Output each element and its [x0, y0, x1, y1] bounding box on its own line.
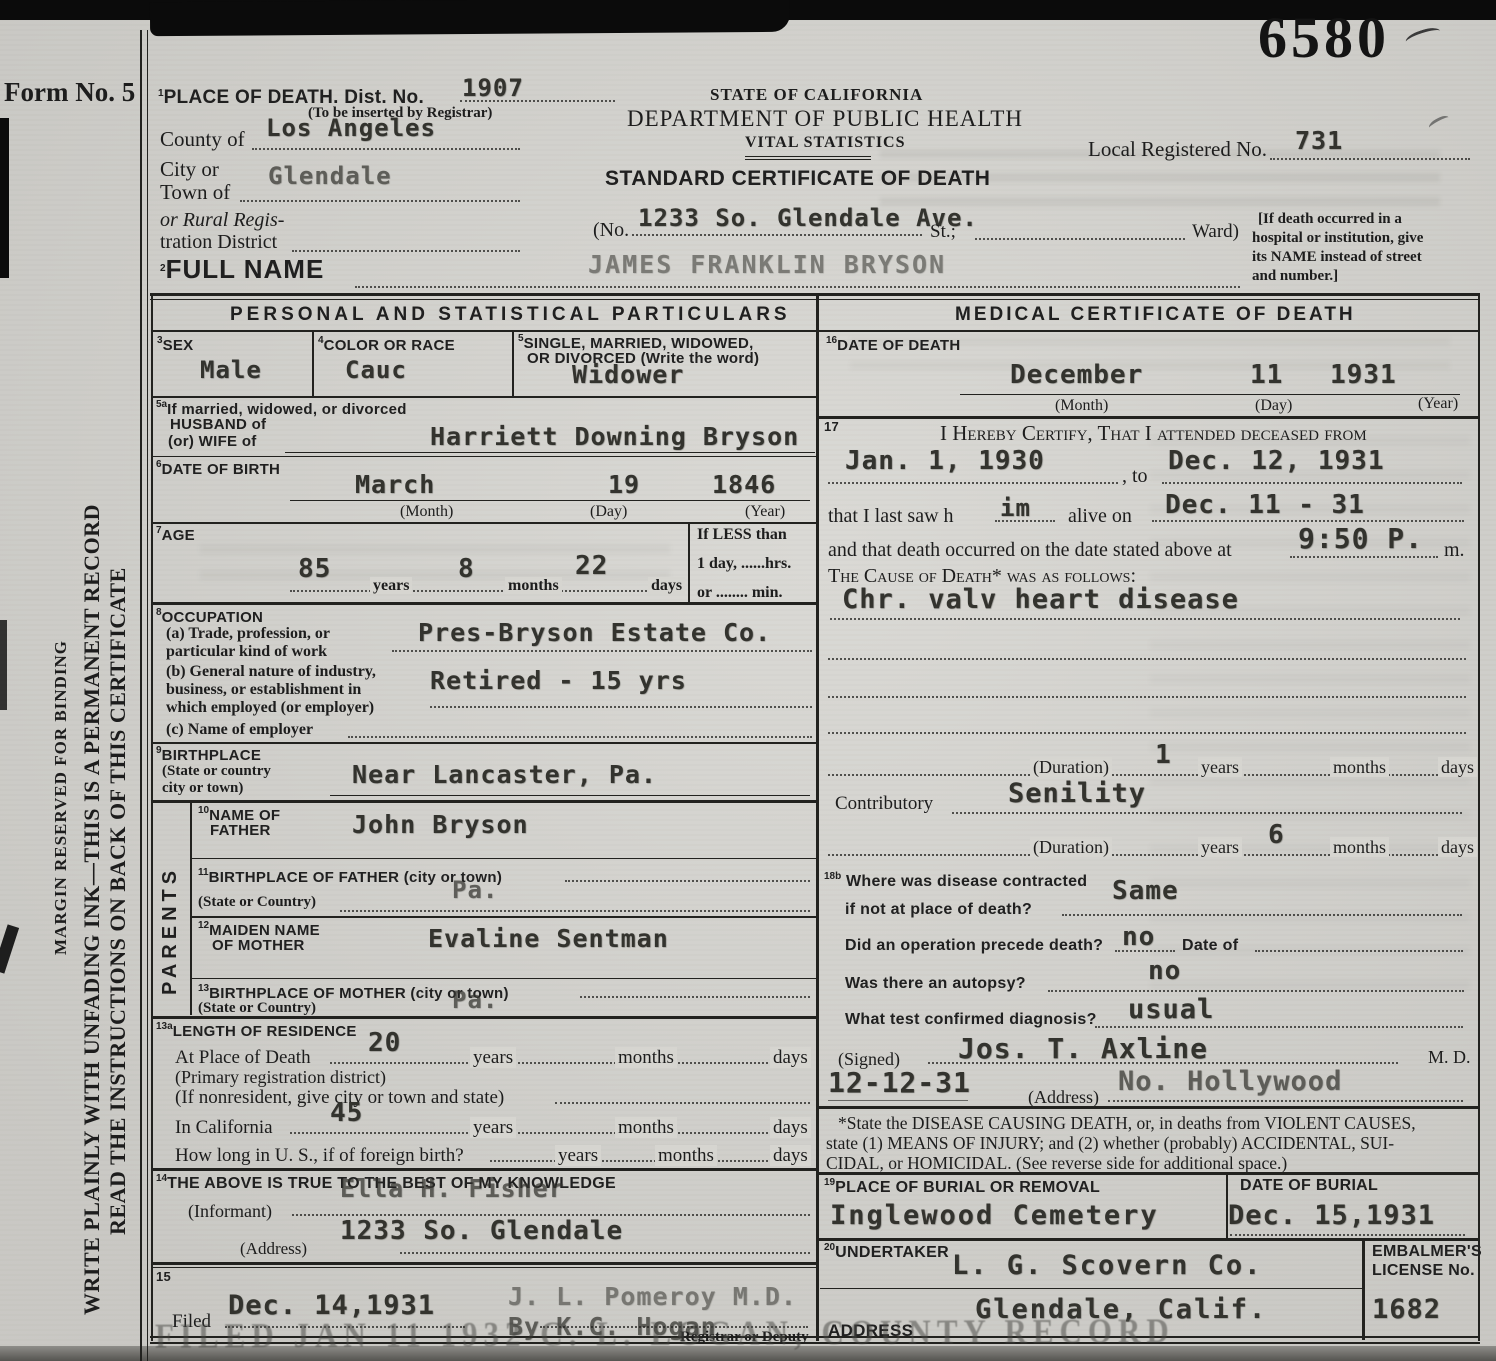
dotted-line	[348, 736, 812, 738]
rule-line	[151, 456, 817, 457]
mother-name-value: Evaline Sentman	[428, 926, 669, 952]
margin-note-instructions: READ THE INSTRUCTIONS ON BACK OF THIS CE…	[106, 567, 129, 1235]
rule-line	[828, 1100, 968, 1101]
duration-caption: (Duration)	[1030, 758, 1112, 777]
field-number: 12	[198, 920, 209, 931]
rule-line	[290, 500, 810, 501]
age-less-label: 1 day, ......hrs.	[697, 556, 791, 573]
rule-line	[512, 330, 514, 396]
duration-caption: months	[1330, 758, 1389, 777]
birthplace-sub-label: city or town)	[162, 781, 243, 797]
field-number: 19	[824, 1177, 835, 1188]
age-years-caption: years	[370, 578, 412, 595]
rule-line	[1478, 293, 1480, 1341]
certify-field-number: 17	[824, 420, 839, 434]
dotted-line	[430, 706, 812, 708]
residence-at-place-label: At Place of Death	[175, 1048, 311, 1068]
dotted-line	[340, 910, 810, 912]
registrar-signature: J. L. Pomeroy M.D.	[508, 1284, 797, 1310]
undertaker-label: 20UNDERTAKER	[824, 1243, 949, 1262]
dotted-line	[1108, 1100, 1463, 1102]
contributory-label: Contributory	[835, 794, 933, 814]
rule-line	[1362, 1240, 1365, 1340]
rule-line	[330, 795, 810, 796]
dod-month-caption: (Month)	[1055, 398, 1108, 415]
md-label: M. D.	[1428, 1048, 1471, 1067]
hospital-note: and number.]	[1252, 269, 1338, 285]
mother-name-label: OF MOTHER	[212, 938, 305, 954]
dotted-line	[290, 1132, 808, 1134]
disease-contracted-label: 18b Where was disease contracted	[824, 872, 1087, 891]
rule-line	[151, 602, 817, 605]
birthplace-value: Near Lancaster, Pa.	[352, 762, 657, 788]
dotted-line	[1062, 914, 1462, 916]
embalmer-license-label: LICENSE No.	[1372, 1263, 1475, 1280]
dotted-line	[240, 200, 520, 202]
occupation-b-label: (b) General nature of industry,	[166, 664, 376, 681]
scan-top-band	[150, 0, 790, 36]
sex-label: 3SEX	[157, 336, 193, 354]
race-label: 4COLOR OR RACE	[318, 336, 455, 354]
rule-line	[151, 522, 817, 524]
dotted-line	[1270, 158, 1470, 160]
birthplace-label: 9BIRTHPLACE	[156, 746, 261, 764]
burial-place-label: 19PLACE OF BURIAL OR REMOVAL	[824, 1178, 1100, 1197]
date-of-death-label: 16DATE OF DEATH	[826, 336, 960, 354]
spouse-label: HUSBAND of	[170, 417, 266, 433]
operation-value: no	[1122, 924, 1155, 951]
dotted-line	[565, 880, 810, 882]
duration1-years-value: 1	[1155, 742, 1172, 769]
rule-line	[151, 293, 153, 1341]
field-number: 11	[198, 867, 209, 878]
marital-value: Widower	[572, 362, 684, 388]
age-years-value: 85	[298, 556, 331, 583]
dotted-line	[1230, 1234, 1465, 1236]
mother-birthplace-value: Pa.	[452, 988, 498, 1013]
dotted-line	[555, 1102, 810, 1104]
occupation-b-label: business, or establishment in	[166, 682, 361, 699]
city-label: City or	[160, 158, 219, 180]
dotted-line	[830, 618, 1460, 620]
rule-line	[816, 293, 819, 1341]
rule-line	[151, 1262, 817, 1265]
hospital-note: its NAME instead of street	[1252, 250, 1422, 266]
state-heading: STATE OF CALIFORNIA	[710, 86, 923, 104]
field-number: 14	[156, 1173, 167, 1184]
rule-line	[192, 978, 816, 979]
physician-address-value: No. Hollywood	[1118, 1068, 1342, 1096]
father-name-value: John Bryson	[352, 812, 529, 838]
residence-caption: days	[770, 1146, 811, 1166]
pen-mark	[1427, 113, 1451, 131]
time-of-death-value: 9:50 P.	[1298, 524, 1423, 553]
sex-value: Male	[200, 358, 262, 383]
attended-from-value: Jan. 1, 1930	[845, 448, 1045, 475]
undertaker-value: L. G. Scovern Co.	[952, 1252, 1262, 1280]
test-value: usual	[1128, 996, 1214, 1024]
margin-rule	[147, 30, 148, 1361]
rule-line	[819, 1172, 1478, 1175]
dob-month: March	[355, 472, 435, 498]
county-recorder-filed-stamp: FILED JAN 11 1932 C. L. LOGAN, COUNTY RE…	[155, 1313, 1175, 1355]
city-value: Glendale	[268, 164, 392, 189]
dotted-line	[828, 482, 1118, 484]
dotted-line	[828, 658, 1466, 660]
spouse-value: Harriett Downing Bryson	[430, 424, 799, 450]
personal-section-title: PERSONAL AND STATISTICAL PARTICULARS	[230, 305, 791, 325]
duration-caption: days	[1438, 838, 1477, 857]
field-number: 13	[198, 983, 209, 994]
hospital-note: hospital or institution, give	[1252, 231, 1423, 247]
dotted-line	[975, 238, 1185, 240]
occupation-c-label: (c) Name of employer	[166, 722, 313, 739]
dotted-line	[1162, 482, 1462, 484]
rule-line	[820, 1288, 1362, 1289]
form-number: Form No. 5	[4, 78, 135, 106]
duration2-months-value: 6	[1268, 822, 1285, 849]
dob-day: 19	[608, 472, 640, 498]
dotted-line	[490, 1160, 808, 1162]
date-of-death-month: December	[1010, 362, 1143, 389]
rule-line	[151, 800, 817, 803]
rule-line	[151, 1016, 817, 1019]
residence-label: 13aLENGTH OF RESIDENCE	[156, 1022, 357, 1040]
spouse-label: (or) WIFE of	[168, 434, 257, 450]
dotted-line	[252, 148, 520, 150]
rule-line	[151, 396, 817, 398]
date-of-death-year: 1931	[1330, 362, 1397, 389]
burial-date-value: Dec. 15,1931	[1228, 1202, 1435, 1230]
age-months-caption: months	[505, 578, 562, 595]
burial-place-value: Inglewood Cemetery	[830, 1202, 1159, 1230]
rule-line	[819, 416, 1478, 419]
footnote: *State the DISEASE CAUSING DEATH, or, in…	[838, 1114, 1416, 1132]
margin-note-binding: MARGIN RESERVED FOR BINDING	[52, 640, 70, 955]
occupation-b-label: which employed (or employer)	[166, 700, 374, 717]
age-days-value: 22	[575, 553, 608, 580]
dod-day-caption: (Day)	[1255, 398, 1292, 415]
scan-edge-mark	[0, 118, 9, 278]
attended-to-value: Dec. 12, 1931	[1168, 448, 1385, 475]
rule-line	[285, 452, 815, 453]
physician-address-caption: (Address)	[1028, 1088, 1099, 1107]
local-registered-label: Local Registered No.	[1088, 138, 1267, 160]
duration-caption: years	[1198, 838, 1242, 857]
last-seen-date-value: Dec. 11 - 31	[1165, 492, 1365, 519]
mother-birthplace-sub-label: (State or Country)	[198, 1001, 316, 1017]
residence-caption: days	[770, 1118, 811, 1138]
rule-line	[150, 293, 1480, 296]
residence-caption: months	[615, 1118, 677, 1138]
field-number: 20	[824, 1242, 835, 1253]
rule-line	[688, 522, 690, 602]
time-m-label: m.	[1444, 540, 1465, 561]
alive-on-label: alive on	[1068, 506, 1132, 527]
dotted-line	[400, 1252, 810, 1254]
last-saw-label: that I last saw h	[828, 506, 954, 527]
dotted-line	[928, 1062, 1398, 1064]
occupation-a-label: (a) Trade, profession, or	[166, 626, 330, 643]
residence-caption: months	[615, 1048, 677, 1068]
street-no-label: (No.	[593, 220, 629, 241]
residence-at-place-value: 20	[368, 1030, 401, 1057]
dotted-line	[1255, 950, 1463, 952]
contributory-value: Senility	[1008, 780, 1146, 808]
informant-caption: (Informant)	[188, 1202, 272, 1221]
death-certificate-scan: 6580 Form No. 5 MARGIN RESERVED FOR BIND…	[0, 0, 1496, 1361]
dotted-line	[292, 250, 520, 252]
scan-edge-mark	[0, 924, 19, 973]
dob-year-caption: (Year)	[745, 504, 785, 521]
rule-line	[819, 1106, 1478, 1109]
local-registered-value: 731	[1295, 128, 1343, 154]
standard-certificate-heading: STANDARD CERTIFICATE OF DEATH	[605, 168, 990, 190]
dotted-line	[952, 812, 1462, 814]
margin-rule	[140, 30, 142, 1361]
rule-line	[192, 916, 816, 918]
occupation-a-value: Pres-Bryson Estate Co.	[418, 620, 771, 646]
street-st-label: St.;	[930, 222, 956, 242]
informant-name-value: Ella H. Fisher	[340, 1176, 565, 1202]
disease-contracted-label2: if not at place of death?	[845, 902, 1032, 919]
residence-caption: years	[470, 1048, 516, 1068]
department-heading: DEPARTMENT OF PUBLIC HEALTH	[627, 107, 1023, 131]
margin-note-permanent-record: WRITE PLAINLY WITH UNFADING INK—THIS IS …	[80, 504, 103, 1315]
street-value: 1233 So. Glendale Ave.	[638, 206, 978, 231]
embalmer-license-label: EMBALMER'S	[1372, 1244, 1482, 1261]
burial-date-label: DATE OF BURIAL	[1240, 1178, 1378, 1195]
operation-date-label: Date of	[1182, 938, 1238, 955]
residence-us-label: How long in U. S., if of foreign birth?	[175, 1146, 464, 1166]
age-label: 7AGE	[156, 526, 195, 544]
footnote: CIDAL, or HOMICIDAL. (See reverse side f…	[826, 1154, 1287, 1172]
dob-day-caption: (Day)	[590, 504, 627, 521]
residence-caption: months	[655, 1146, 717, 1166]
residence-caption: years	[555, 1146, 601, 1166]
residence-primary-label: (Primary registration district)	[175, 1068, 386, 1087]
city-label: Town of	[160, 181, 230, 203]
parents-label: PARENTS	[160, 866, 181, 995]
date-of-death-day: 11	[1250, 362, 1283, 389]
informant-address-caption: (Address)	[240, 1240, 307, 1258]
rule-line	[819, 1238, 1478, 1241]
dotted-line	[828, 696, 1466, 698]
dotted-line	[1290, 556, 1438, 558]
death-occurred-label: and that death occurred on the date stat…	[828, 540, 1232, 561]
vital-statistics-heading: VITAL STATISTICS	[745, 135, 906, 152]
duration-caption: (Duration)	[1030, 838, 1112, 857]
duration-caption: years	[1198, 758, 1242, 777]
informant-address-value: 1233 So. Glendale	[340, 1218, 623, 1245]
dotted-line	[392, 650, 812, 652]
dob-year: 1846	[712, 472, 776, 498]
father-birthplace-value: Pa.	[452, 878, 498, 903]
birthplace-sub-label: (State or country	[162, 764, 271, 780]
disease-contracted-value: Same	[1112, 878, 1179, 905]
rule-line	[151, 742, 817, 744]
full-name-label: 2FULL NAME	[160, 256, 324, 283]
field-number: 16	[826, 335, 837, 346]
occupation-label: 8OCCUPATION	[156, 608, 263, 626]
rule-line	[190, 803, 192, 1015]
field-number: 10	[198, 805, 209, 816]
signature-date-value: 12-12-31	[828, 1068, 971, 1097]
duration-caption: days	[1438, 758, 1477, 777]
residence-caption: years	[470, 1118, 516, 1138]
dotted-line	[290, 590, 682, 592]
scan-edge-mark	[0, 620, 7, 710]
residence-in-california-value: 45	[330, 1100, 363, 1127]
field-number: 13a	[156, 1021, 173, 1032]
operation-label: Did an operation precede death?	[845, 938, 1103, 955]
to-label: , to	[1122, 466, 1148, 487]
rule-line	[150, 299, 1480, 300]
age-less-label: or ........ min.	[697, 585, 782, 602]
dotted-line	[460, 100, 615, 102]
rule-line	[745, 159, 871, 160]
him-value: im	[1000, 496, 1031, 521]
autopsy-value: no	[1148, 958, 1181, 985]
rural-label: or Rural Regis-	[160, 210, 284, 231]
rule-line	[192, 858, 816, 859]
rural-label: tration District	[160, 232, 277, 253]
certificate-number: 6580	[1258, 8, 1390, 69]
father-birthplace-sub-label: (State or Country)	[198, 895, 316, 911]
certify-statement: I Hereby Certify, That I attended deceas…	[940, 422, 1367, 444]
ward-label: Ward)	[1192, 222, 1239, 242]
footnote: state (1) MEANS OF INJURY; and (2) wheth…	[826, 1134, 1394, 1152]
dotted-line	[1048, 990, 1464, 992]
embalmer-license-value: 1682	[1372, 1296, 1441, 1324]
rule-line	[819, 330, 1478, 332]
dotted-line	[632, 234, 922, 236]
dotted-line	[355, 286, 1240, 288]
occupation-b-value: Retired - 15 yrs	[430, 668, 687, 694]
county-label: County of	[160, 128, 245, 150]
occupation-a-label: particular kind of work	[166, 644, 327, 661]
cause-of-death-value: Chr. valv heart disease	[842, 586, 1239, 614]
race-value: Cauc	[345, 358, 407, 383]
residence-caption: days	[770, 1048, 811, 1068]
residence-in-california-label: In California	[175, 1118, 273, 1138]
district-number-value: 1907	[462, 76, 524, 101]
field-number: 5a	[156, 399, 167, 410]
full-name-value: JAMES FRANKLIN BRYSON	[588, 252, 946, 278]
dotted-line	[1095, 1026, 1463, 1028]
dotted-line	[580, 996, 810, 998]
rule-line	[151, 1267, 817, 1268]
pen-mark	[1404, 25, 1442, 48]
dotted-line	[995, 520, 1055, 522]
dod-year-caption: (Year)	[1418, 396, 1458, 413]
age-months-value: 8	[458, 556, 475, 583]
duration-caption: months	[1330, 838, 1389, 857]
age-less-label: If LESS than	[697, 527, 787, 544]
dotted-line	[330, 1062, 808, 1064]
dob-month-caption: (Month)	[400, 504, 453, 521]
father-name-label: FATHER	[210, 823, 271, 839]
autopsy-label: Was there an autopsy?	[845, 976, 1026, 993]
dob-label: 6DATE OF BIRTH	[156, 460, 280, 478]
medical-section-title: MEDICAL CERTIFICATE OF DEATH	[955, 305, 1356, 325]
filed-field-number: 15	[156, 1270, 171, 1284]
dotted-line	[1115, 950, 1175, 952]
rule-line	[312, 330, 314, 396]
rule-line	[151, 1168, 817, 1171]
age-days-caption: days	[648, 578, 685, 595]
field-number: 18b	[824, 871, 841, 882]
rule-line	[151, 330, 817, 332]
physician-signature: Jos. T. Axline	[958, 1034, 1208, 1063]
hospital-note: [If death occurred in a	[1258, 212, 1402, 228]
rule-line	[745, 156, 871, 157]
dotted-line	[828, 732, 1466, 734]
county-value: Los Angeles	[266, 116, 436, 141]
rule-line	[960, 394, 1460, 395]
test-label: What test confirmed diagnosis?	[845, 1012, 1097, 1029]
